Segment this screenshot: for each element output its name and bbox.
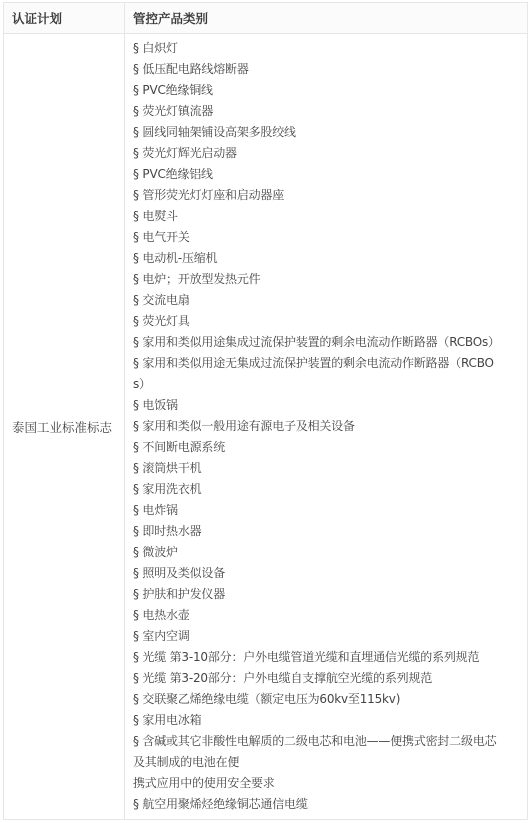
product-category-item: § 电饭锅 (133, 395, 519, 416)
product-category-item: 及其制成的电池在便 (133, 752, 519, 773)
product-category-item: § 照明及类似设备 (133, 563, 519, 584)
product-category-item: § 光缆 第3-20部分：户外电缆自支撑航空光缆的系列规范 (133, 668, 519, 689)
product-category-item: § 交流电扇 (133, 290, 519, 311)
certification-plan-cell: 泰国工业标准标志 (4, 34, 125, 820)
product-category-item: § 家用和类似用途无集成过流保护装置的剩余电流动作断路器（RCBO (133, 353, 519, 374)
product-category-item: § 电炉；开放型发热元件 (133, 269, 519, 290)
product-category-item: § 圆线同轴架铺设高架多股绞线 (133, 122, 519, 143)
product-category-item: § PVC绝缘铜线 (133, 80, 519, 101)
product-category-item: § 室内空调 (133, 626, 519, 647)
product-category-item: 携式应用中的使用安全要求 (133, 773, 519, 794)
product-category-item: § 管形荧光灯灯座和启动器座 (133, 185, 519, 206)
header-controlled-product-category: 管控产品类别 (125, 3, 528, 34)
certification-table: 认证计划 管控产品类别 泰国工业标准标志 § 白炽灯§ 低压配电路线熔断器§ P… (3, 2, 528, 820)
product-category-cell: § 白炽灯§ 低压配电路线熔断器§ PVC绝缘铜线§ 荧光灯镇流器§ 圆线同轴架… (125, 34, 528, 820)
product-category-item: § 家用和类似用途集成过流保护装置的剩余电流动作断路器（RCBOs） (133, 332, 519, 353)
product-category-item: § 护肤和护发仪器 (133, 584, 519, 605)
product-category-item: § 家用和类似一般用途有源电子及相关设备 (133, 416, 519, 437)
product-category-item: § 电热水壶 (133, 605, 519, 626)
product-category-item: § 滚筒烘干机 (133, 458, 519, 479)
header-certification-plan: 认证计划 (4, 3, 125, 34)
table-row: 泰国工业标准标志 § 白炽灯§ 低压配电路线熔断器§ PVC绝缘铜线§ 荧光灯镇… (4, 34, 528, 820)
certification-table-container: 认证计划 管控产品类别 泰国工业标准标志 § 白炽灯§ 低压配电路线熔断器§ P… (3, 2, 527, 820)
product-category-item: § 不间断电源系统 (133, 437, 519, 458)
product-category-item: s） (133, 374, 519, 395)
product-category-item: § 微波炉 (133, 542, 519, 563)
product-category-item: § 家用电冰箱 (133, 710, 519, 731)
product-category-item: § 光缆 第3-10部分：户外电缆管道光缆和直埋通信光缆的系列规范 (133, 647, 519, 668)
product-category-item: § 荧光灯辉光启动器 (133, 143, 519, 164)
product-category-item: § 低压配电路线熔断器 (133, 59, 519, 80)
product-category-item: § 电炸锅 (133, 500, 519, 521)
product-category-item: § 荧光灯具 (133, 311, 519, 332)
product-category-item: § 航空用聚烯烃绝缘铜芯通信电缆 (133, 794, 519, 815)
product-category-item: § 电气开关 (133, 227, 519, 248)
product-category-item: § 白炽灯 (133, 38, 519, 59)
product-category-item: § 电动机-压缩机 (133, 248, 519, 269)
table-header-row: 认证计划 管控产品类别 (4, 3, 528, 34)
product-category-item: § 荧光灯镇流器 (133, 101, 519, 122)
product-category-item: § PVC绝缘铝线 (133, 164, 519, 185)
product-category-item: § 即时热水器 (133, 521, 519, 542)
product-category-item: § 电熨斗 (133, 206, 519, 227)
product-category-item: § 家用洗衣机 (133, 479, 519, 500)
product-category-item: § 交联聚乙烯绝缘电缆（额定电压为60kv至115kv) (133, 689, 519, 710)
product-category-item: § 含碱或其它非酸性电解质的二级电芯和电池——便携式密封二级电芯 (133, 731, 519, 752)
